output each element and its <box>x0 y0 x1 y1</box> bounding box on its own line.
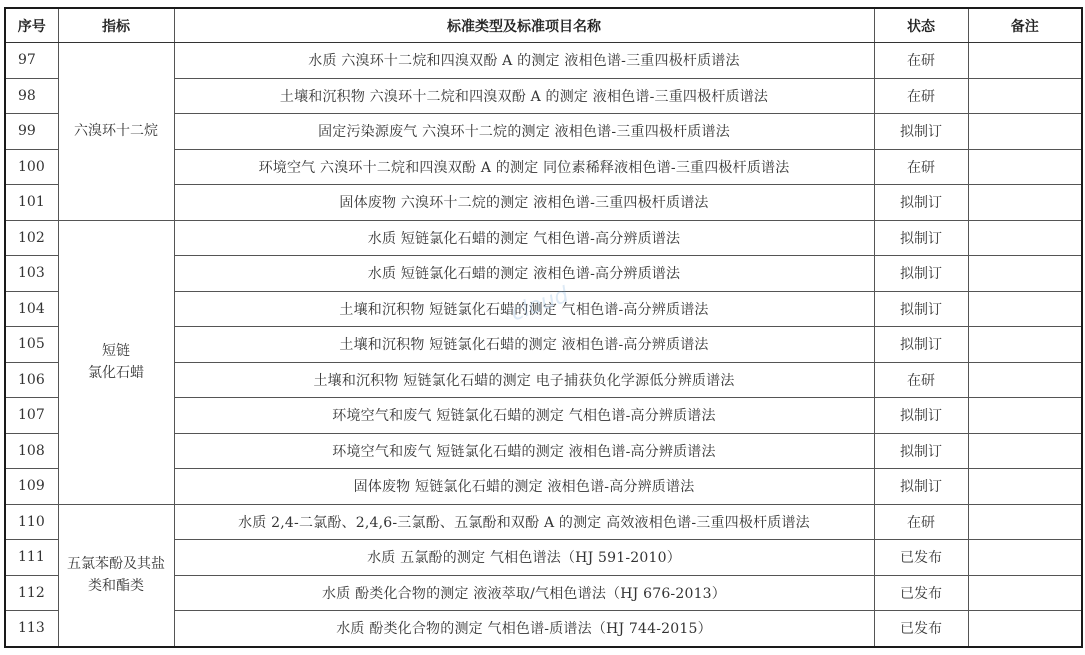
status-cell: 拟制订 <box>874 398 968 434</box>
indicator-cell: 短链 氯化石蜡 <box>58 220 174 504</box>
note-cell <box>968 540 1082 576</box>
standard-name: 固体废物 短链氯化石蜡的测定 液相色谱-高分辨质谱法 <box>174 469 874 505</box>
indicator-label-line: 类和酯类 <box>59 575 174 597</box>
row-no: 102 <box>5 220 58 256</box>
standard-name: 土壤和沉积物 短链氯化石蜡的测定 气相色谱-高分辨质谱法 <box>174 291 874 327</box>
note-cell <box>968 256 1082 292</box>
standards-table: 序号 指标 标准类型及标准项目名称 状态 备注 97 六溴环十二烷 水质 六溴环… <box>4 7 1083 648</box>
row-no: 104 <box>5 291 58 327</box>
standard-name: 土壤和沉积物 短链氯化石蜡的测定 液相色谱-高分辨质谱法 <box>174 327 874 363</box>
note-cell <box>968 291 1082 327</box>
header-standard-name: 标准类型及标准项目名称 <box>174 8 874 43</box>
note-cell <box>968 398 1082 434</box>
status-cell: 拟制订 <box>874 185 968 221</box>
status-cell: 已发布 <box>874 540 968 576</box>
standard-name: 水质 短链氯化石蜡的测定 气相色谱-高分辨质谱法 <box>174 220 874 256</box>
indicator-label: 六溴环十二烷 <box>59 120 174 142</box>
standard-name: 水质 六溴环十二烷和四溴双酚 A 的测定 液相色谱-三重四极杆质谱法 <box>174 43 874 79</box>
status-cell: 拟制订 <box>874 114 968 150</box>
row-no: 99 <box>5 114 58 150</box>
status-cell: 拟制订 <box>874 469 968 505</box>
status-cell: 拟制订 <box>874 327 968 363</box>
standard-name: 水质 短链氯化石蜡的测定 液相色谱-高分辨质谱法 <box>174 256 874 292</box>
row-no: 109 <box>5 469 58 505</box>
row-no: 100 <box>5 149 58 185</box>
standard-name: 水质 酚类化合物的测定 液液萃取/气相色谱法（HJ 676-2013） <box>174 575 874 611</box>
table-header-row: 序号 指标 标准类型及标准项目名称 状态 备注 <box>5 8 1082 43</box>
indicator-label-line: 氯化石蜡 <box>59 362 174 384</box>
row-no: 112 <box>5 575 58 611</box>
status-cell: 在研 <box>874 504 968 540</box>
status-cell: 拟制订 <box>874 256 968 292</box>
note-cell <box>968 469 1082 505</box>
row-no: 110 <box>5 504 58 540</box>
row-no: 111 <box>5 540 58 576</box>
note-cell <box>968 78 1082 114</box>
note-cell <box>968 43 1082 79</box>
standard-name: 环境空气 六溴环十二烷和四溴双酚 A 的测定 同位素稀释液相色谱-三重四极杆质谱… <box>174 149 874 185</box>
note-cell <box>968 611 1082 647</box>
table-body: 97 六溴环十二烷 水质 六溴环十二烷和四溴双酚 A 的测定 液相色谱-三重四极… <box>5 43 1082 647</box>
header-status: 状态 <box>874 8 968 43</box>
standard-name: 水质 2,4-二氯酚、2,4,6-三氯酚、五氯酚和双酚 A 的测定 高效液相色谱… <box>174 504 874 540</box>
row-no: 107 <box>5 398 58 434</box>
status-cell: 拟制订 <box>874 291 968 327</box>
note-cell <box>968 220 1082 256</box>
note-cell <box>968 114 1082 150</box>
header-note: 备注 <box>968 8 1082 43</box>
row-no: 98 <box>5 78 58 114</box>
standard-name: 土壤和沉积物 短链氯化石蜡的测定 电子捕获负化学源低分辨质谱法 <box>174 362 874 398</box>
standard-name: 环境空气和废气 短链氯化石蜡的测定 气相色谱-高分辨质谱法 <box>174 398 874 434</box>
status-cell: 拟制订 <box>874 433 968 469</box>
standard-name: 水质 酚类化合物的测定 气相色谱-质谱法（HJ 744-2015） <box>174 611 874 647</box>
note-cell <box>968 433 1082 469</box>
status-cell: 已发布 <box>874 611 968 647</box>
row-no: 108 <box>5 433 58 469</box>
status-cell: 在研 <box>874 78 968 114</box>
status-cell: 在研 <box>874 149 968 185</box>
standard-name: 环境空气和废气 短链氯化石蜡的测定 液相色谱-高分辨质谱法 <box>174 433 874 469</box>
status-cell: 拟制订 <box>874 220 968 256</box>
indicator-label-line: 五氯苯酚及其盐 <box>59 553 174 575</box>
indicator-label-line: 短链 <box>59 340 174 362</box>
row-no: 97 <box>5 43 58 79</box>
indicator-cell: 五氯苯酚及其盐 类和酯类 <box>58 504 174 647</box>
header-no: 序号 <box>5 8 58 43</box>
row-no: 106 <box>5 362 58 398</box>
note-cell <box>968 504 1082 540</box>
row-no: 113 <box>5 611 58 647</box>
status-cell: 已发布 <box>874 575 968 611</box>
row-no: 105 <box>5 327 58 363</box>
note-cell <box>968 575 1082 611</box>
row-no: 103 <box>5 256 58 292</box>
table-row: 102 短链 氯化石蜡 水质 短链氯化石蜡的测定 气相色谱-高分辨质谱法 拟制订 <box>5 220 1082 256</box>
note-cell <box>968 327 1082 363</box>
note-cell <box>968 185 1082 221</box>
status-cell: 在研 <box>874 362 968 398</box>
standard-name: 土壤和沉积物 六溴环十二烷和四溴双酚 A 的测定 液相色谱-三重四极杆质谱法 <box>174 78 874 114</box>
status-cell: 在研 <box>874 43 968 79</box>
standard-name: 水质 五氯酚的测定 气相色谱法（HJ 591-2010） <box>174 540 874 576</box>
standard-name: 固体废物 六溴环十二烷的测定 液相色谱-三重四极杆质谱法 <box>174 185 874 221</box>
standard-name: 固定污染源废气 六溴环十二烷的测定 液相色谱-三重四极杆质谱法 <box>174 114 874 150</box>
note-cell <box>968 362 1082 398</box>
note-cell <box>968 149 1082 185</box>
header-indicator: 指标 <box>58 8 174 43</box>
row-no: 101 <box>5 185 58 221</box>
table-row: 110 五氯苯酚及其盐 类和酯类 水质 2,4-二氯酚、2,4,6-三氯酚、五氯… <box>5 504 1082 540</box>
indicator-cell: 六溴环十二烷 <box>58 43 174 221</box>
table-row: 97 六溴环十二烷 水质 六溴环十二烷和四溴双酚 A 的测定 液相色谱-三重四极… <box>5 43 1082 79</box>
